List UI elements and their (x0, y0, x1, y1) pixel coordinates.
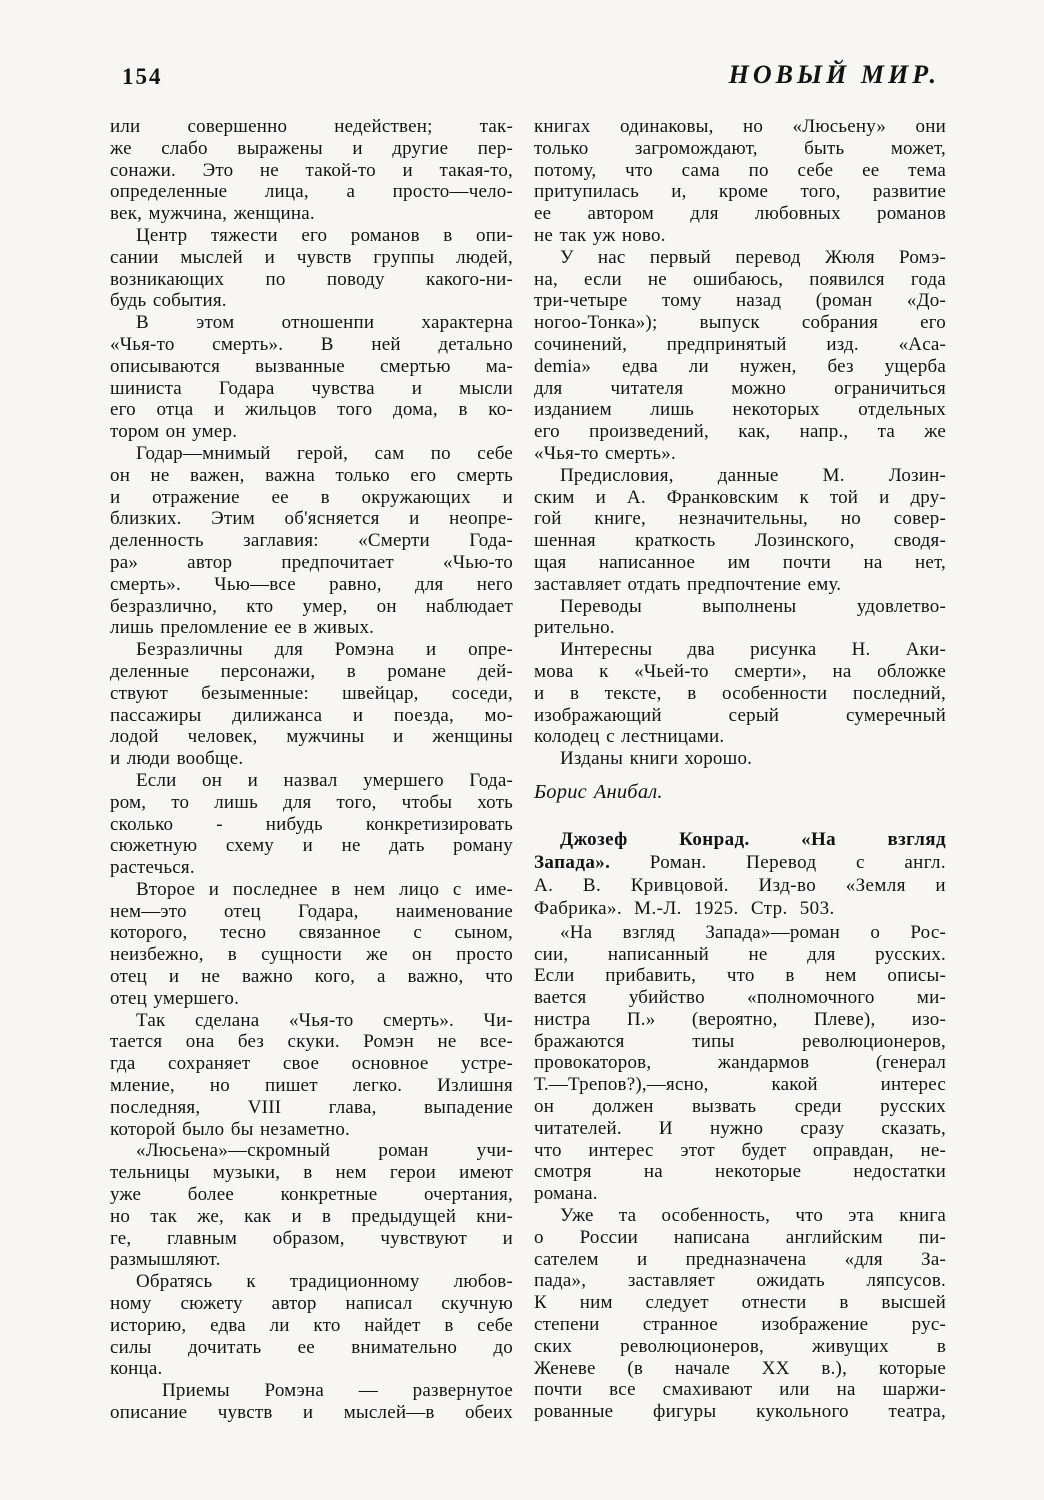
text-line: смерть». Чью—все равно, для него (110, 574, 513, 596)
text-line: пассажиры дилижанса и поезда, мо- (110, 705, 513, 727)
text-line: но так же, как и в предыдущей кни- (110, 1206, 513, 1228)
text-line: на, если не ошибаюсь, появился года (534, 269, 946, 291)
text-line: ному сюжету автор написал скучную (110, 1293, 513, 1315)
text-line: последняя, VIII глава, выпадение (110, 1097, 513, 1119)
page-header: 154 НОВЫЙ МИР. (0, 60, 1044, 100)
text-line: провокаторов, жандармов (генерал (534, 1052, 946, 1074)
text-line: ским и А. Франковским к той и дру- (534, 487, 946, 509)
text-line: почти все смахивают или на шаржи- (534, 1379, 946, 1401)
text-line: изданием лишь некоторых отдельных (534, 399, 946, 421)
text-line: ге, главным образом, чувствуют и (110, 1228, 513, 1250)
text-line: вается убийство «полномочного ми- (534, 987, 946, 1009)
text-line: щая написанное им почти на нет, (534, 552, 946, 574)
text-line: описываются вызванные смертью ма- (110, 356, 513, 378)
text-line: потому, что сама по себе ее тема (534, 160, 946, 182)
text-line: историю, едва ли кто найдет в себе (110, 1315, 513, 1337)
text-line: ром, то лишь для того, чтобы хоть (110, 792, 513, 814)
text-line: лодой человек, мужчины и женщины (110, 726, 513, 748)
text-line: «Чья-то смерть». В ней детально (110, 334, 513, 356)
text-line: будь события. (110, 290, 513, 312)
text-line: ее автором для любовных романов (534, 203, 946, 225)
review-heading-line: Запада». Роман. Перевод с англ. (534, 851, 946, 874)
text-line: которого, тесно связанное с сыном, (110, 922, 513, 944)
text-line: о России написана английским пи- (534, 1227, 946, 1249)
text-line: Если он и назвал умершего Года- (110, 770, 513, 792)
text-line: demia» едва ли нужен, без ущерба (534, 356, 946, 378)
text-line: Если прибавить, что в нем описы- (534, 965, 946, 987)
text-line: тается она без скуки. Ромэн не все- (110, 1031, 513, 1053)
text-line: шиниста Годара чувства и мысли (110, 378, 513, 400)
text-line: мова к «Чьей-то смерти», на обложке (534, 661, 946, 683)
text-line: конца. (110, 1358, 513, 1380)
text-line: книгах одинаковы, но «Люсьену» они (534, 116, 946, 138)
text-line: он должен вызвать среди русских (534, 1096, 946, 1118)
text-line: растечься. (110, 857, 513, 879)
journal-title: НОВЫЙ МИР. (729, 60, 940, 90)
heading-regular-segment: Роман. Перевод с англ. (610, 852, 946, 873)
text-line: сколько - нибудь конкретизировать (110, 814, 513, 836)
text-line: степени странное изображение рус- (534, 1314, 946, 1336)
text-line: Обратясь к традиционному любов- (110, 1271, 513, 1293)
text-line: «Чья-то смерть». (534, 443, 946, 465)
text-line: и люди вообще. (110, 748, 513, 770)
text-line: только загромождают, быть может, (534, 138, 946, 160)
text-line: Уже та особенность, что эта книга (534, 1205, 946, 1227)
text-line: сателем и предназначена «для За- (534, 1249, 946, 1271)
text-line: колодец с лестницами. (534, 726, 946, 748)
text-line: рованные фигуры кукольного театра, (534, 1401, 946, 1423)
text-line: гда сохраняет свое основное устре- (110, 1053, 513, 1075)
text-line: ствуют безыменные: швейцар, соседи, (110, 683, 513, 705)
text-line: сании мыслей и чувств группы людей, (110, 247, 513, 269)
text-line: сюжетную схему и не дать роману (110, 835, 513, 857)
text-line: Центр тяжести его романов в опи- (110, 225, 513, 247)
text-line: тором он умер. (110, 421, 513, 443)
heading-bold-segment: Запада». (534, 852, 610, 873)
text-line: Т.—Трепов?),—ясно, какой интерес (534, 1074, 946, 1096)
text-line: три-четыре тому назад (роман «До- (534, 290, 946, 312)
text-line: «Люсьена»—скромный роман учи- (110, 1140, 513, 1162)
text-line: его отца и жильцов того дома, в ко- (110, 399, 513, 421)
text-line: возникающих по поводу какого-ни- (110, 269, 513, 291)
text-line: описание чувств и мыслей—в обеих (110, 1402, 513, 1424)
text-line: размышляют. (110, 1249, 513, 1271)
text-line: ра» автор предпочитает «Чью-то (110, 552, 513, 574)
text-line: нистра П.» (вероятно, Плеве), изо- (534, 1009, 946, 1031)
text-line: бражаются типы революционеров, (534, 1031, 946, 1053)
text-line: К ним следует отнести в высшей (534, 1292, 946, 1314)
scanned-journal-page: 154 НОВЫЙ МИР. или совершенно недействен… (0, 0, 1044, 1500)
text-line: отец и не важно кого, а важно, что (110, 966, 513, 988)
text-line: Переводы выполнены удовлетво- (534, 596, 946, 618)
text-line: безразлично, кто умер, он наблюдает (110, 596, 513, 618)
text-line: или совершенно недействен; так- (110, 116, 513, 138)
text-line: В этом отношенпи характерна (110, 312, 513, 334)
text-columns: или совершенно недействен; так-же слабо … (110, 116, 946, 1424)
text-line: силы дочитать ее внимательно до (110, 1337, 513, 1359)
text-line: он не важен, важна только его смерть (110, 465, 513, 487)
review-heading-line: Фабрика». М.-Л. 1925. Стр. 503. (534, 897, 946, 920)
text-line: Безразличны для Ромэна и опре- (110, 639, 513, 661)
text-line: мление, но пишет легко. Излишня (110, 1075, 513, 1097)
review-heading-line: А. В. Кривцовой. Изд-во «Земля и (534, 874, 946, 897)
text-line: Приемы Ромэна — развернутое (110, 1380, 513, 1402)
text-line: неизбежно, в сущности же он просто (110, 944, 513, 966)
text-line: шенная краткость Лозинского, сводя- (534, 530, 946, 552)
text-line: «На взгляд Запада»—роман о Рос- (534, 922, 946, 944)
text-line: Годар—мнимый герой, сам по себе (110, 443, 513, 465)
text-line: деленные персонажи, в романе дей- (110, 661, 513, 683)
text-line: Предисловия, данные М. Лозин- (534, 465, 946, 487)
text-line: ских революционеров, живущих в (534, 1336, 946, 1358)
text-line: уже более конкретные очертания, (110, 1184, 513, 1206)
text-line: и в тексте, в особенности последний, (534, 683, 946, 705)
text-line: нем—это отец Годара, наименование (110, 901, 513, 923)
text-line: рительно. (534, 617, 946, 639)
page-number: 154 (122, 64, 163, 90)
text-line: что интерес этот будет оправдан, не- (534, 1140, 946, 1162)
text-line: гой книге, незначительны, но совер- (534, 508, 946, 530)
text-line: определенные лица, а просто—чело- (110, 181, 513, 203)
text-line: близких. Этим об'ясняется и неопре- (110, 508, 513, 530)
review-heading-line: Джозеф Конрад. «На взгляд (534, 828, 946, 851)
text-line: сонажи. Это не такой-то и такая-то, (110, 160, 513, 182)
text-line: читателей. И нужно сразу сказать, (534, 1118, 946, 1140)
text-line: Второе и последнее в нем лицо с име- (110, 879, 513, 901)
text-line: не так уж ново. (534, 225, 946, 247)
text-line: деленность заглавия: «Смерти Года- (110, 530, 513, 552)
text-line: сии, написанный не для русских. (534, 944, 946, 966)
text-line: смотря на некоторые недостатки (534, 1161, 946, 1183)
text-line: ногоо-Тонка»); выпуск собрания его (534, 312, 946, 334)
text-line: лишь преломление ее в живых. (110, 617, 513, 639)
text-line: романа. (534, 1183, 946, 1205)
text-line: Так сделана «Чья-то смерть». Чи- (110, 1010, 513, 1032)
text-line: изображающий серый сумеречный (534, 705, 946, 727)
text-line: тельницы музыки, в нем герои имеют (110, 1162, 513, 1184)
text-line: Интересны два рисунка Н. Аки- (534, 639, 946, 661)
text-line: Женеве (в начале XX в.), которые (534, 1358, 946, 1380)
text-line: которой было бы незаметно. (110, 1119, 513, 1141)
text-line: пада», заставляет ожидать ляпсусов. (534, 1270, 946, 1292)
text-line: У нас первый перевод Жюля Ромэ- (534, 247, 946, 269)
text-line: сочинений, предпринятый изд. «Aca- (534, 334, 946, 356)
text-line: притупилась и, кроме того, развитие (534, 181, 946, 203)
text-line: его произведений, как, напр., та же (534, 421, 946, 443)
text-line: и отражение ее в окружающих и (110, 487, 513, 509)
text-line: же слабо выражены и другие пер- (110, 138, 513, 160)
review-signature: Борис Анибал. (534, 782, 946, 804)
left-column: или совершенно недействен; так-же слабо … (110, 116, 513, 1424)
text-line: отец умершего. (110, 988, 513, 1010)
text-line: для читателя можно ограничиться (534, 378, 946, 400)
text-line: век, мужчина, женщина. (110, 203, 513, 225)
right-column: книгах одинаковы, но «Люсьену» онитолько… (534, 116, 946, 1424)
text-line: Изданы книги хорошо. (534, 748, 946, 770)
text-line: заставляет отдать предпочтение ему. (534, 574, 946, 596)
